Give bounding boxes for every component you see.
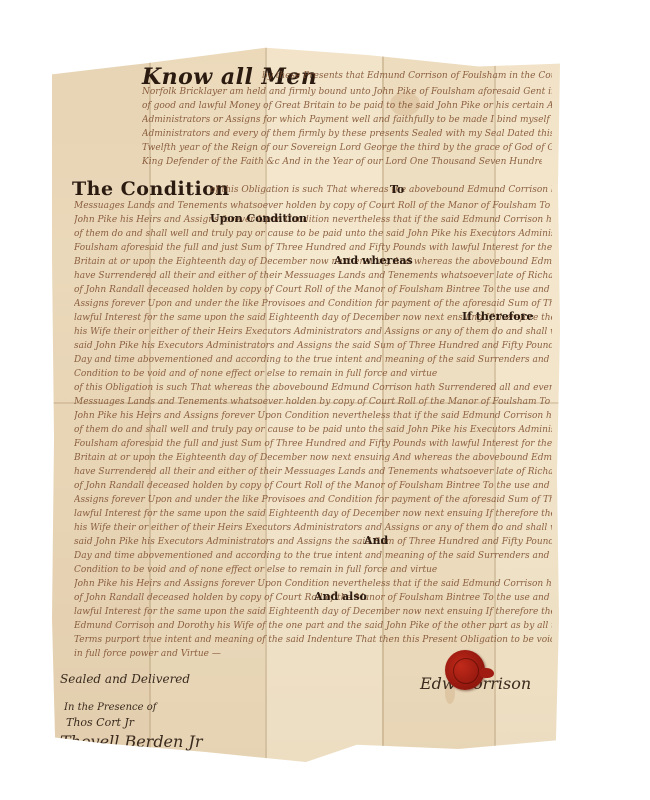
text-line: lawful Interest for the same upon the sa… <box>74 606 552 618</box>
text-line: Administrators or Assigns for which Paym… <box>142 114 552 126</box>
text-line: of John Randall deceased holden by copy … <box>74 480 552 492</box>
text-line: Norfolk Bricklayer am held and firmly bo… <box>142 86 552 98</box>
text-line: in full force power and Virtue — <box>74 648 374 660</box>
inline-heading-to: To <box>390 183 404 196</box>
wax-seal-ring <box>453 658 479 684</box>
text-line: of this Obligation is such That whereas … <box>210 184 552 196</box>
text-line: Day and time abovementioned and accordin… <box>74 354 552 366</box>
inline-heading-if-therefore: If therefore <box>462 310 533 323</box>
text-line: said John Pike his Executors Administrat… <box>74 340 552 352</box>
text-line: of them do and shall well and truly pay … <box>74 424 552 436</box>
text-line: have Surrendered all their and either of… <box>74 466 552 478</box>
text-line: of this Obligation is such That whereas … <box>74 382 552 394</box>
text-line: his Wife their or either of their Heirs … <box>74 326 552 338</box>
text-line: King Defender of the Faith &c And in the… <box>142 156 542 168</box>
text-line: lawful Interest for the same upon the sa… <box>74 508 552 520</box>
text-line: John Pike his Heirs and Assigns forever … <box>74 214 552 226</box>
text-line: Foulsham aforesaid the full and just Sum… <box>74 242 552 254</box>
text-line: his Wife their or either of their Heirs … <box>74 522 552 534</box>
text-line: Twelfth year of the Reign of our Soverei… <box>142 142 552 154</box>
inline-heading-upon-condition: Upon Condition <box>210 212 307 225</box>
text-line: said John Pike his Executors Administrat… <box>74 536 552 548</box>
text-line: Foulsham aforesaid the full and just Sum… <box>74 438 552 450</box>
text-line: Messuages Lands and Tenements whatsoever… <box>74 396 552 408</box>
text-line: by these Presents that Edmund Corrison o… <box>262 70 552 82</box>
inline-heading-and-also: And also <box>314 590 367 603</box>
text-line: Edmund Corrison and Dorothy his Wife of … <box>74 620 552 632</box>
text-line: of them do and shall well and truly pay … <box>74 228 552 240</box>
text-line: Britain at or upon the Eighteenth day of… <box>74 256 552 268</box>
witness-signature: Thovell Berden Jr <box>60 732 202 751</box>
text-line: Terms purport true intent and meaning of… <box>74 634 552 646</box>
text-line: of John Randall deceased holden by copy … <box>74 592 552 604</box>
text-line: Day and time abovementioned and accordin… <box>74 550 552 562</box>
text-line: Administrators and every of them firmly … <box>142 128 552 140</box>
text-line: John Pike his Heirs and Assigns forever … <box>74 578 552 590</box>
text-line: Britain at or upon the Eighteenth day of… <box>74 452 552 464</box>
inline-heading-and-whereas: And whereas <box>334 254 413 267</box>
text-line: of good and lawful Money of Great Britai… <box>142 100 552 112</box>
condition-heading: The Condition <box>72 178 230 200</box>
text-line: Messuages Lands and Tenements whatsoever… <box>74 200 552 212</box>
wax-seal-tail <box>480 668 494 678</box>
text-line: Assigns forever Upon and under the like … <box>74 298 552 310</box>
text-line: Condition to be void and of none effect … <box>74 368 552 380</box>
text-line: Assigns forever Upon and under the like … <box>74 494 552 506</box>
text-line: of John Randall deceased holden by copy … <box>74 284 552 296</box>
witness-initials: Thos Cort Jr <box>66 716 134 729</box>
presence-label: In the Presence of <box>64 702 156 713</box>
text-line: Condition to be void and of none effect … <box>74 564 552 576</box>
document-paper: Know all Men by these Presents that Edmu… <box>52 42 560 762</box>
inline-heading-and: And <box>364 534 388 547</box>
sealed-delivered-label: Sealed and Delivered <box>60 672 190 686</box>
text-line: John Pike his Heirs and Assigns forever … <box>74 410 552 422</box>
text-line: have Surrendered all their and either of… <box>74 270 552 282</box>
